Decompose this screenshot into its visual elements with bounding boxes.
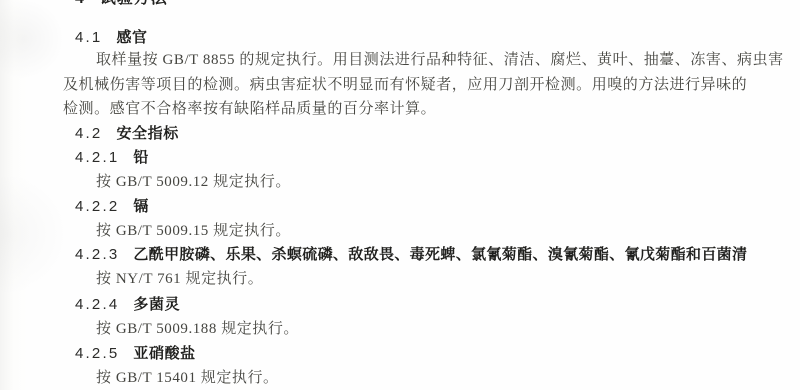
chapter-number: 4 — [75, 0, 86, 7]
clause-heading-4-2-3: 4.2.3乙酰甲胺磷、乐果、杀螟硫磷、敌敌畏、毒死蜱、氯氰菊酯、溴氰菊酯、氰戊菊… — [75, 246, 747, 266]
clause-title: 感官 — [116, 29, 147, 46]
clause-body: 按 NY/T 761 规定执行。 — [96, 271, 263, 291]
clause-heading-4-2: 4.2安全指标 — [75, 125, 179, 145]
clause-body: 按 GB/T 5009.12 规定执行。 — [96, 174, 291, 194]
scanned-document-page: 4试验方法 4.1感官 取样量按 GB/T 8855 的规定执行。用目测法进行品… — [0, 0, 800, 390]
clause-title: 多菌灵 — [133, 296, 180, 313]
clause-title: 安全指标 — [116, 125, 178, 142]
clause-body: 按 GB/T 5009.15 规定执行。 — [96, 223, 291, 243]
paragraph-line: 及机械伤害等项目的检测。病虫害症状不明显而有怀疑者，应用刀剖开检测。用嗅的方法进… — [63, 77, 747, 97]
clause-heading-4-2-5: 4.2.5亚硝酸盐 — [75, 345, 196, 365]
clause-heading-4-2-2: 4.2.2镉 — [75, 198, 149, 218]
clause-title: 镉 — [133, 198, 149, 215]
clause-number: 4.2.5 — [75, 345, 119, 362]
clause-number: 4.2.4 — [75, 296, 119, 313]
clause-heading-4-2-1: 4.2.1铅 — [75, 149, 149, 169]
clause-number: 4.2.2 — [75, 198, 119, 215]
chapter-heading: 4试验方法 — [75, 0, 168, 10]
paragraph-line: 取样量按 GB/T 8855 的规定执行。用目测法进行品种特征、清洁、腐烂、黄叶… — [96, 52, 784, 72]
clause-number: 4.1 — [75, 29, 102, 46]
clause-title: 乙酰甲胺磷、乐果、杀螟硫磷、敌敌畏、毒死蜱、氯氰菊酯、溴氰菊酯、氰戊菊酯和百菌清 — [133, 246, 747, 263]
clause-number: 4.2.1 — [75, 149, 119, 166]
clause-title: 铅 — [133, 149, 149, 166]
chapter-title: 试验方法 — [100, 0, 168, 7]
paragraph-line: 检测。感官不合格率按有缺陷样品质量的百分率计算。 — [63, 101, 436, 121]
clause-body: 按 GB/T 15401 规定执行。 — [96, 370, 279, 390]
clause-title: 亚硝酸盐 — [133, 345, 195, 362]
clause-body: 按 GB/T 5009.188 规定执行。 — [96, 321, 299, 341]
clause-heading-4-1: 4.1感官 — [75, 29, 148, 49]
clause-number: 4.2 — [75, 125, 102, 142]
clause-heading-4-2-4: 4.2.4多菌灵 — [75, 296, 180, 316]
clause-number: 4.2.3 — [75, 246, 119, 263]
